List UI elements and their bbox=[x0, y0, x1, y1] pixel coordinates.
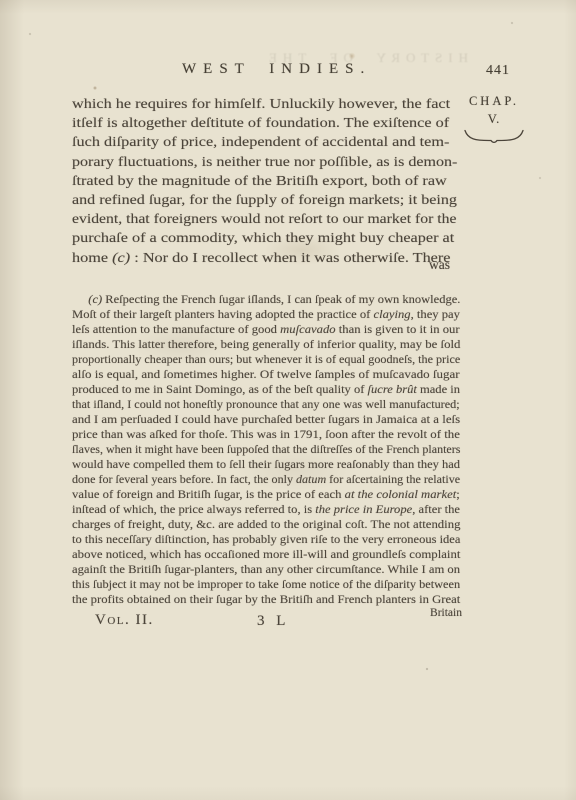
text-line: proportionally cheaper than ours; but wh… bbox=[72, 353, 460, 368]
text-line: ſlaves, when it might have been ſuppoſed… bbox=[72, 443, 460, 458]
text-line: (c) Reſpecting the French ſugar iſlands,… bbox=[72, 293, 460, 308]
volume-signature: Vol. II. bbox=[95, 612, 154, 629]
chapter-number: V. bbox=[461, 112, 527, 127]
book-page: HISTORY OF THE WEST INDIES. 441 CHAP. V.… bbox=[0, 0, 576, 800]
text-line: porary fluctuations, is neither true nor… bbox=[72, 153, 457, 172]
text-line: above noticed, which has occaſioned more… bbox=[72, 548, 460, 563]
text-line: leſs attention to the manufacture of goo… bbox=[72, 323, 460, 338]
text-line: againſt the Britiſh ſugar-planters, than… bbox=[72, 563, 460, 578]
text-line: produced to me in Saint Domingo, as of t… bbox=[72, 383, 460, 398]
text-line: would have compelled them to ſell their … bbox=[72, 458, 460, 473]
text-line: Moſt of their largeſt planters having ad… bbox=[72, 308, 460, 323]
text-line: and refined ſugar, for the ſupply of for… bbox=[72, 191, 457, 210]
text-line: inſtead of which, the price always refer… bbox=[72, 503, 460, 518]
text-line: price than was aſked for thoſe. This was… bbox=[72, 428, 460, 443]
text-line: that iſland, I could not honeſtly pronou… bbox=[72, 398, 460, 413]
chapter-heading: CHAP. V. bbox=[461, 94, 527, 148]
text-line: evident, that foreigners would not reſor… bbox=[72, 210, 457, 229]
text-line: which he requires for himſelf. Unluckily… bbox=[72, 95, 457, 114]
catchword: was bbox=[72, 257, 450, 273]
text-line: purchaſe of a commodity, which they migh… bbox=[72, 229, 457, 248]
text-line: iſlands. This latter therefore, being ge… bbox=[72, 338, 460, 353]
footnote-catchword: Britain bbox=[362, 607, 462, 619]
main-text-block: which he requires for himſelf. Unluckily… bbox=[72, 95, 457, 268]
text-line: itſelf is altogether deſtitute of founda… bbox=[72, 114, 457, 133]
chapter-label: CHAP. bbox=[461, 94, 527, 109]
brace-flourish-icon bbox=[461, 128, 527, 148]
page-number: 441 bbox=[486, 63, 510, 79]
text-line: charges of freight, duty, &c. are added … bbox=[72, 518, 460, 533]
press-signature: 3 L bbox=[257, 613, 289, 630]
footnote-block: (c) Reſpecting the French ſugar iſlands,… bbox=[72, 293, 460, 608]
running-header: WEST INDIES. bbox=[182, 61, 371, 78]
text-line: alſo is equal, and ſometimes higher. Of … bbox=[72, 368, 460, 383]
text-line: this ſubject it may not be improper to t… bbox=[72, 578, 460, 593]
text-line: value of foreign and Britiſh ſugar, is t… bbox=[72, 488, 460, 503]
text-line: the profits obtained on their ſugar by t… bbox=[72, 593, 460, 608]
text-line: ſuch diſparity of price, independent of … bbox=[72, 133, 457, 152]
text-line: to this neceſſary diſtinction, has proba… bbox=[72, 533, 460, 548]
text-line: and I am perſuaded I could have purchaſe… bbox=[72, 413, 460, 428]
text-line: ſtrated by the magnitude of the Britiſh … bbox=[72, 172, 457, 191]
text-line: done for ſeveral years before. In fact, … bbox=[72, 473, 460, 488]
